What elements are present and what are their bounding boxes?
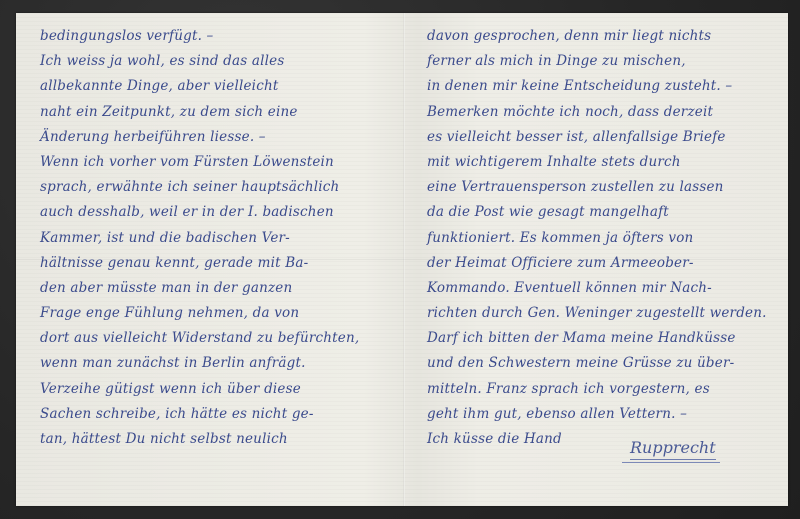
handwritten-line: Verzeihe gütigst wenn ich über diese bbox=[40, 377, 385, 402]
handwritten-line: Ich küsse die Hand bbox=[427, 427, 777, 452]
handwritten-line: richten durch Gen. Weninger zugestellt w… bbox=[427, 301, 777, 326]
handwritten-line: Bemerken möchte ich noch, dass derzeit bbox=[427, 100, 777, 125]
handwritten-line: wenn man zunächst in Berlin anfrägt. bbox=[40, 351, 385, 376]
handwritten-line: dort aus vielleicht Widerstand zu befürc… bbox=[40, 326, 385, 351]
right-page: davon gesprochen, denn mir liegt nichts … bbox=[427, 24, 777, 452]
handwritten-line: da die Post wie gesagt mangelhaft bbox=[427, 200, 777, 225]
handwritten-line: bedingungslos verfügt. – bbox=[40, 24, 385, 49]
handwritten-line: der Heimat Officiere zum Armeeober- bbox=[427, 251, 777, 276]
handwritten-line: sprach, erwähnte ich seiner hauptsächlic… bbox=[40, 175, 385, 200]
handwritten-line: in denen mir keine Entscheidung zusteht.… bbox=[427, 74, 777, 99]
handwritten-line: eine Vertrauensperson zustellen zu lasse… bbox=[427, 175, 777, 200]
handwritten-line: Ich weiss ja wohl, es sind das alles bbox=[40, 49, 385, 74]
handwritten-line: allbekannte Dinge, aber vielleicht bbox=[40, 74, 385, 99]
handwritten-line: Darf ich bitten der Mama meine Handküsse bbox=[427, 326, 777, 351]
handwritten-line: den aber müsste man in der ganzen bbox=[40, 276, 385, 301]
left-page: bedingungslos verfügt. – Ich weiss ja wo… bbox=[40, 24, 385, 452]
handwritten-line: hältnisse genau kennt, gerade mit Ba- bbox=[40, 251, 385, 276]
handwritten-line: Kommando. Eventuell können mir Nach- bbox=[427, 276, 777, 301]
handwritten-line: Wenn ich vorher vom Fürsten Löwenstein bbox=[40, 150, 385, 175]
handwritten-line: tan, hättest Du nicht selbst neulich bbox=[40, 427, 385, 452]
handwritten-line: Kammer, ist und die badischen Ver- bbox=[40, 226, 385, 251]
handwritten-line: und den Schwestern meine Grüsse zu über- bbox=[427, 351, 777, 376]
handwritten-line: Sachen schreibe, ich hätte es nicht ge- bbox=[40, 402, 385, 427]
handwritten-line: Frage enge Fühlung nehmen, da von bbox=[40, 301, 385, 326]
handwritten-line: davon gesprochen, denn mir liegt nichts bbox=[427, 24, 777, 49]
handwritten-line: Änderung herbeiführen liesse. – bbox=[40, 125, 385, 150]
handwritten-line: mit wichtigerem Inhalte stets durch bbox=[427, 150, 777, 175]
handwritten-line: geht ihm gut, ebenso allen Vettern. – bbox=[427, 402, 777, 427]
handwritten-line: ferner als mich in Dinge zu mischen, bbox=[427, 49, 777, 74]
handwritten-line: auch desshalb, weil er in der I. badisch… bbox=[40, 200, 385, 225]
signature: Rupprecht bbox=[630, 438, 716, 460]
handwritten-line: es vielleicht besser ist, allenfallsige … bbox=[427, 125, 777, 150]
handwritten-line: naht ein Zeitpunkt, zu dem sich eine bbox=[40, 100, 385, 125]
handwritten-line: funktioniert. Es kommen ja öfters von bbox=[427, 226, 777, 251]
handwritten-line: mitteln. Franz sprach ich vorgestern, es bbox=[427, 377, 777, 402]
